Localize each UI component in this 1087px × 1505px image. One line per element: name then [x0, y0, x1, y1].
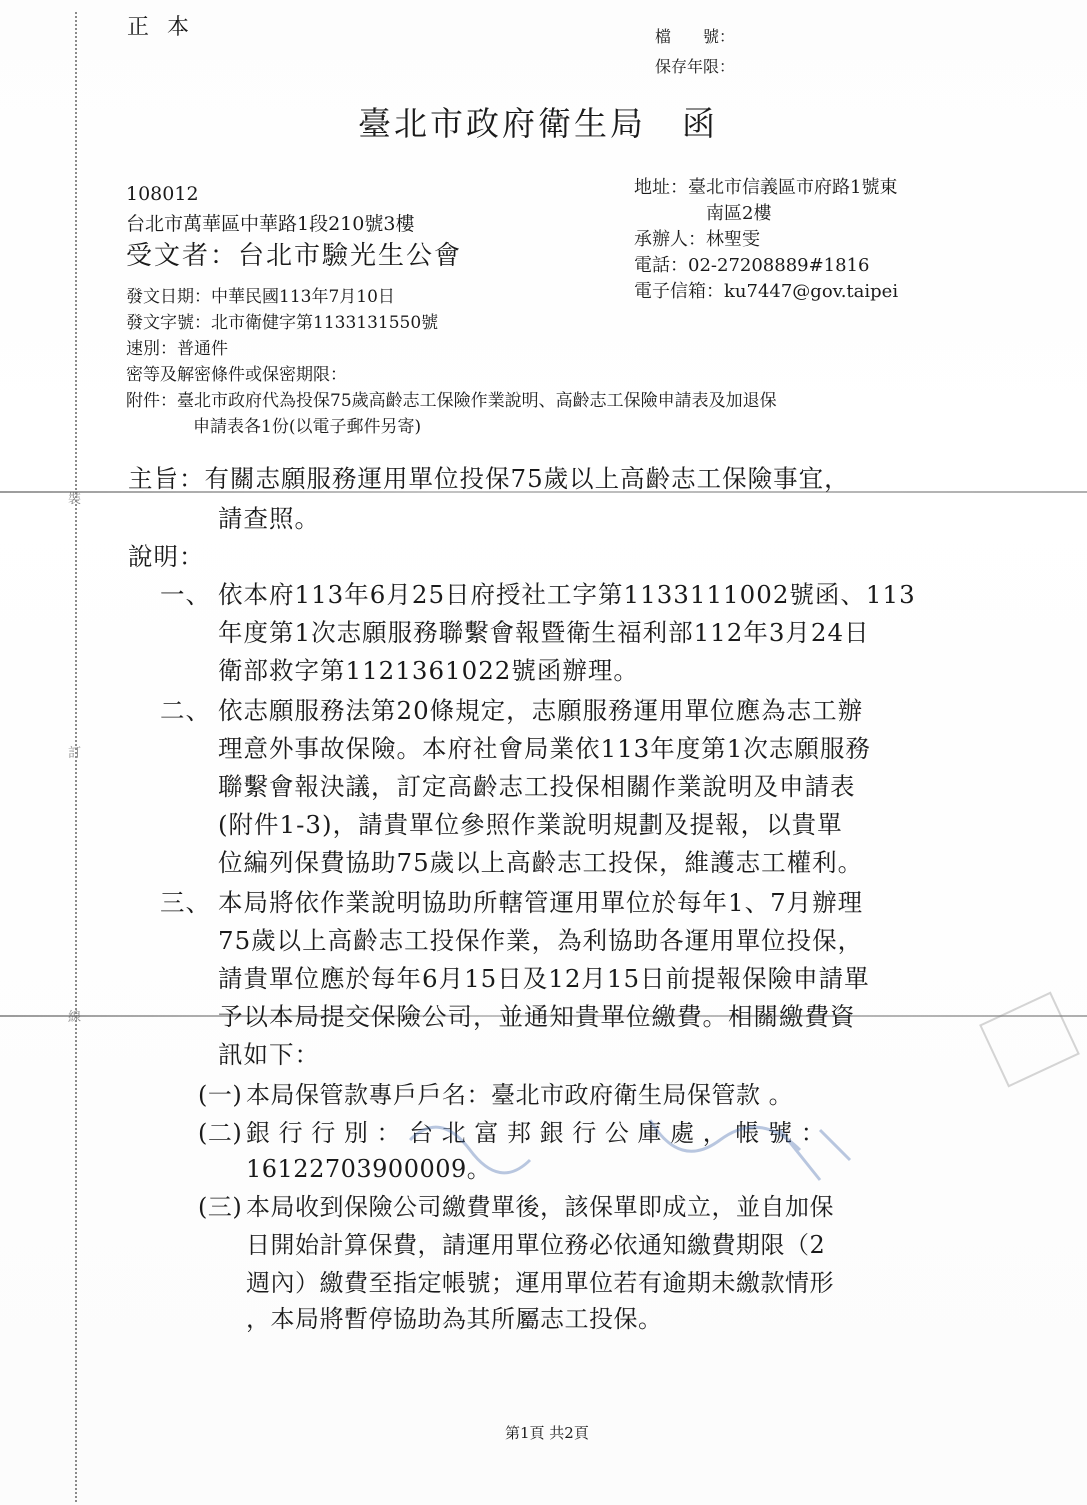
sub-item-line: ，本局將暫停協助為其所屬志工投保。: [246, 1301, 663, 1337]
item-line: 聯繫會報決議，訂定高齡志工投保相關作業說明及申請表: [218, 769, 856, 805]
document-title: 臺北市政府衛生局 函: [358, 98, 718, 145]
sub-item-line: 本局收到保險公司繳費單後，該保單即成立，並自加保: [246, 1189, 834, 1225]
sub-item-line: 週內）繳費至指定帳號；運用單位若有逾期未繳款情形: [246, 1265, 834, 1301]
file-number-label: 檔 號：: [655, 24, 735, 47]
sub-item-line: 日開始計算保費，請運用單位務必依通知繳費期限（2: [246, 1227, 825, 1263]
sender-address-line1: 臺北市信義區市府路1號東: [688, 177, 897, 198]
retention-period-label: 保存年限：: [655, 54, 735, 77]
recipient-address: 台北市萬華區中華路1段210號3樓: [126, 209, 414, 236]
item-line: 理意外事故保險。本府社會局業依113年度第1次志願服務: [218, 731, 871, 767]
sub-item-line: 本局保管款專戶戶名：臺北市政府衛生局保管款 。: [246, 1077, 793, 1113]
postal-code: 108012: [126, 183, 199, 205]
faded-seal-stamp: [979, 992, 1080, 1088]
item-line: 請貴單位應於每年6月15日及12月15日前提報保險申請單: [218, 961, 870, 997]
item-line: 75歲以上高齡志工投保作業，為利協助各運用單位投保，: [218, 923, 863, 959]
priority: 速別：普通件: [126, 336, 228, 362]
item-line: 依志願服務法第20條規定，志願服務運用單位應為志工辦: [218, 693, 863, 729]
item-line: 訊如下：: [218, 1037, 320, 1073]
sender-info: 地址：臺北市信義區市府路1號東 南區2樓 承辦人：林聖雯 電話：02-27208…: [634, 175, 898, 305]
binding-mark-ding: 訂: [68, 742, 81, 761]
sub-item-marker: (三): [198, 1189, 242, 1225]
item-line: 依本府113年6月25日府授社工字第1133111002號函、113: [218, 577, 916, 613]
copy-label: 正本: [127, 10, 207, 41]
page-indicator: 第1頁 共2頁: [505, 1422, 589, 1443]
issue-date: 發文日期：中華民國113年7月10日: [126, 284, 395, 310]
item-marker: 二、: [160, 693, 211, 729]
item-line: 本局將依作業說明協助所轄管運用單位於每年1、7月辦理: [218, 885, 863, 921]
item-line: 予以本局提交保險公司，並通知貴單位繳費。相關繳費資: [218, 999, 856, 1035]
subject-line2: 請查照。: [218, 501, 320, 537]
explanation-heading: 說明：: [128, 539, 205, 575]
sender-address-line2: 南區2樓: [634, 201, 898, 227]
item-line: 年度第1次志願服務聯繫會報暨衛生福利部112年3月24日: [218, 615, 870, 651]
recipient-name: 受文者：台北市驗光生公會: [126, 235, 462, 272]
sender-address-label: 地址：: [634, 177, 688, 198]
sub-item-line: 銀 行 行 別 ： 台 北 富 邦 銀 行 公 庫 處 ， 帳 號 ：: [246, 1115, 825, 1151]
subject-line1: 主旨：有關志願服務運用單位投保75歲以上高齡志工保險事宜，: [128, 461, 850, 497]
item-marker: 一、: [160, 577, 211, 613]
item-line: 衛部救字第1121361022號函辦理。: [218, 653, 639, 689]
handler: 承辦人：林聖雯: [634, 227, 898, 253]
document-page: 裝 訂 線 正本 檔 號： 保存年限： 臺北市政府衛生局 函 108012 台北…: [0, 0, 1087, 1505]
attachment-line1: 附件：臺北市政府代為投保75歲高齡志工保險作業說明、高齡志工保險申請表及加退保: [126, 388, 777, 414]
phone: 電話：02-27208889#1816: [634, 253, 898, 279]
item-line: 位編列保費協助75歲以上高齡志工投保，維護志工權利。: [218, 845, 863, 881]
attachment-line2: 申請表各1份(以電子郵件另寄): [193, 414, 421, 440]
classification: 密等及解密條件或保密期限：: [126, 362, 347, 388]
bank-account-number: 16122703900009。: [246, 1151, 491, 1187]
item-line: (附件1-3)，請貴單位參照作業說明規劃及提報，以貴單: [218, 807, 843, 843]
email: 電子信箱：ku7447@gov.taipei: [634, 279, 898, 305]
document-number: 發文字號：北市衛健字第1133131550號: [126, 310, 438, 336]
sub-item-marker: (二): [198, 1115, 242, 1151]
item-marker: 三、: [160, 885, 211, 921]
sub-item-marker: (一): [198, 1077, 242, 1113]
